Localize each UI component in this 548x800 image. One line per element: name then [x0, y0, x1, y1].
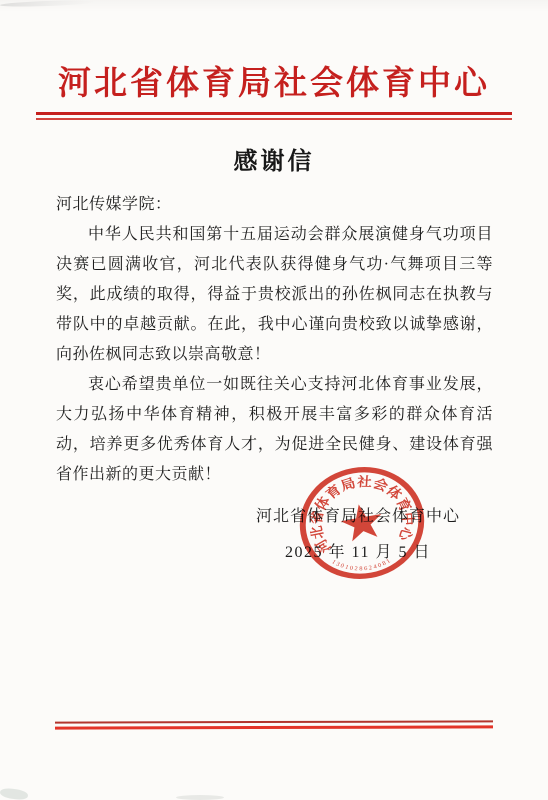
letterhead-title: 河北省体育局社会体育中心 [0, 57, 548, 104]
star-icon [338, 501, 385, 543]
scan-artifact-bottom-left [0, 787, 29, 800]
footer-rule-lower [55, 725, 493, 729]
paragraph-1: 中华人民共和国第十五届运动会群众展演健身气功项目决赛已圆满收官，河北代表队获得健… [56, 220, 493, 370]
letterhead-rule [36, 112, 512, 120]
footer-rule-upper [55, 720, 493, 723]
letter-body: 河北传媒学院： 中华人民共和国第十五届运动会群众展演健身气功项目决赛已圆满收官，… [56, 190, 493, 490]
paragraph-2: 衷心希望贵单位一如既往关心支持河北体育事业发展，大力弘扬中华体育精神，积极开展丰… [56, 370, 493, 490]
scan-artifact-top [0, 0, 95, 8]
letter-page: 河北省体育局社会体育中心 感谢信 河北传媒学院： 中华人民共和国第十五届运动会群… [0, 0, 548, 800]
official-seal: 河北省体育局社会体育中心 1301028624081 [287, 453, 437, 592]
salutation: 河北传媒学院： [56, 190, 493, 220]
scan-artifact-bottom-center [176, 795, 224, 800]
document-title: 感谢信 [0, 141, 548, 176]
